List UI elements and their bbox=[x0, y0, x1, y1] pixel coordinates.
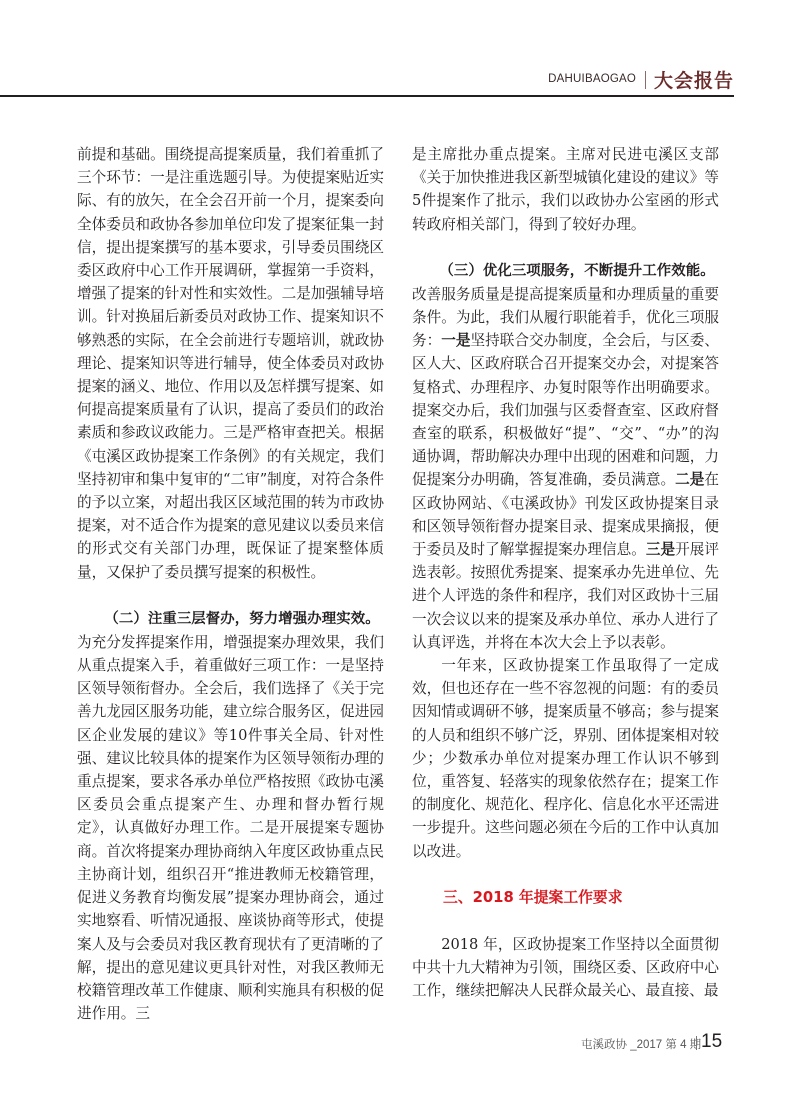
spacer bbox=[77, 584, 384, 607]
paragraph: 前提和基础。围绕提高提案质量，我们着重抓了三个环节：一是注重选题引导。为使提案贴… bbox=[77, 143, 384, 584]
page-header: DAHUIBAOGAO 大会报告 bbox=[0, 0, 804, 100]
paragraph: 为充分发挥提案作用，增强提案办理效果，我们从重点提案入手，着重做好三项工作：一是… bbox=[77, 631, 384, 1025]
page-number: 15 bbox=[701, 1031, 722, 1053]
section-label-en: DAHUIBAOGAO bbox=[548, 73, 636, 85]
subheading-2: （二）注重三层督办，努力增强办理实效。 bbox=[77, 607, 384, 631]
footer-divider bbox=[696, 1036, 697, 1050]
emphasis: 二是 bbox=[675, 471, 704, 488]
emphasis: 一是 bbox=[441, 332, 470, 349]
paragraph: 改善服务质量是提高提案质量和办理质量的重要条件。为此，我们从履行职能着手，优化三… bbox=[412, 283, 719, 654]
subheading-3: （三）优化三项服务，不断提升工作效能。 bbox=[412, 259, 719, 283]
paragraph: 2018 年，区政协提案工作坚持以全面贯彻中共十九大精神为引领，围绕区委、区政府… bbox=[412, 933, 719, 1003]
paragraph: 一年来，区政协提案工作虽取得了一定成效，但也还存在一些不容忽视的问题：有的委员因… bbox=[412, 654, 719, 863]
spacer bbox=[412, 236, 719, 259]
publication-info: 屯溪政协 _2017 第 4 期 bbox=[581, 1036, 701, 1052]
left-column: 前提和基础。围绕提高提案质量，我们着重抓了三个环节：一是注重选题引导。为使提案贴… bbox=[77, 143, 384, 1025]
text-run: 坚持联合交办制度，全会后，与区委、区人大、区政府联合召开提案交办会，对提案答复格… bbox=[412, 332, 719, 488]
emphasis: 三是 bbox=[646, 541, 675, 558]
section-label-cn: 大会报告 bbox=[654, 66, 734, 93]
spacer bbox=[412, 910, 719, 933]
page-footer: 屯溪政协 _2017 第 4 期 15 bbox=[560, 1031, 804, 1055]
header-divider bbox=[645, 71, 646, 89]
paragraph: 是主席批办重点提案。主席对民进屯溪区支部《关于加快推进我区新型城镇化建设的建议》… bbox=[412, 143, 719, 236]
header-rule bbox=[0, 95, 734, 97]
right-column: 是主席批办重点提案。主席对民进屯溪区支部《关于加快推进我区新型城镇化建设的建议》… bbox=[412, 143, 719, 1003]
section-heading-3: 三、2018 年提案工作要求 bbox=[412, 886, 719, 910]
spacer bbox=[412, 863, 719, 886]
